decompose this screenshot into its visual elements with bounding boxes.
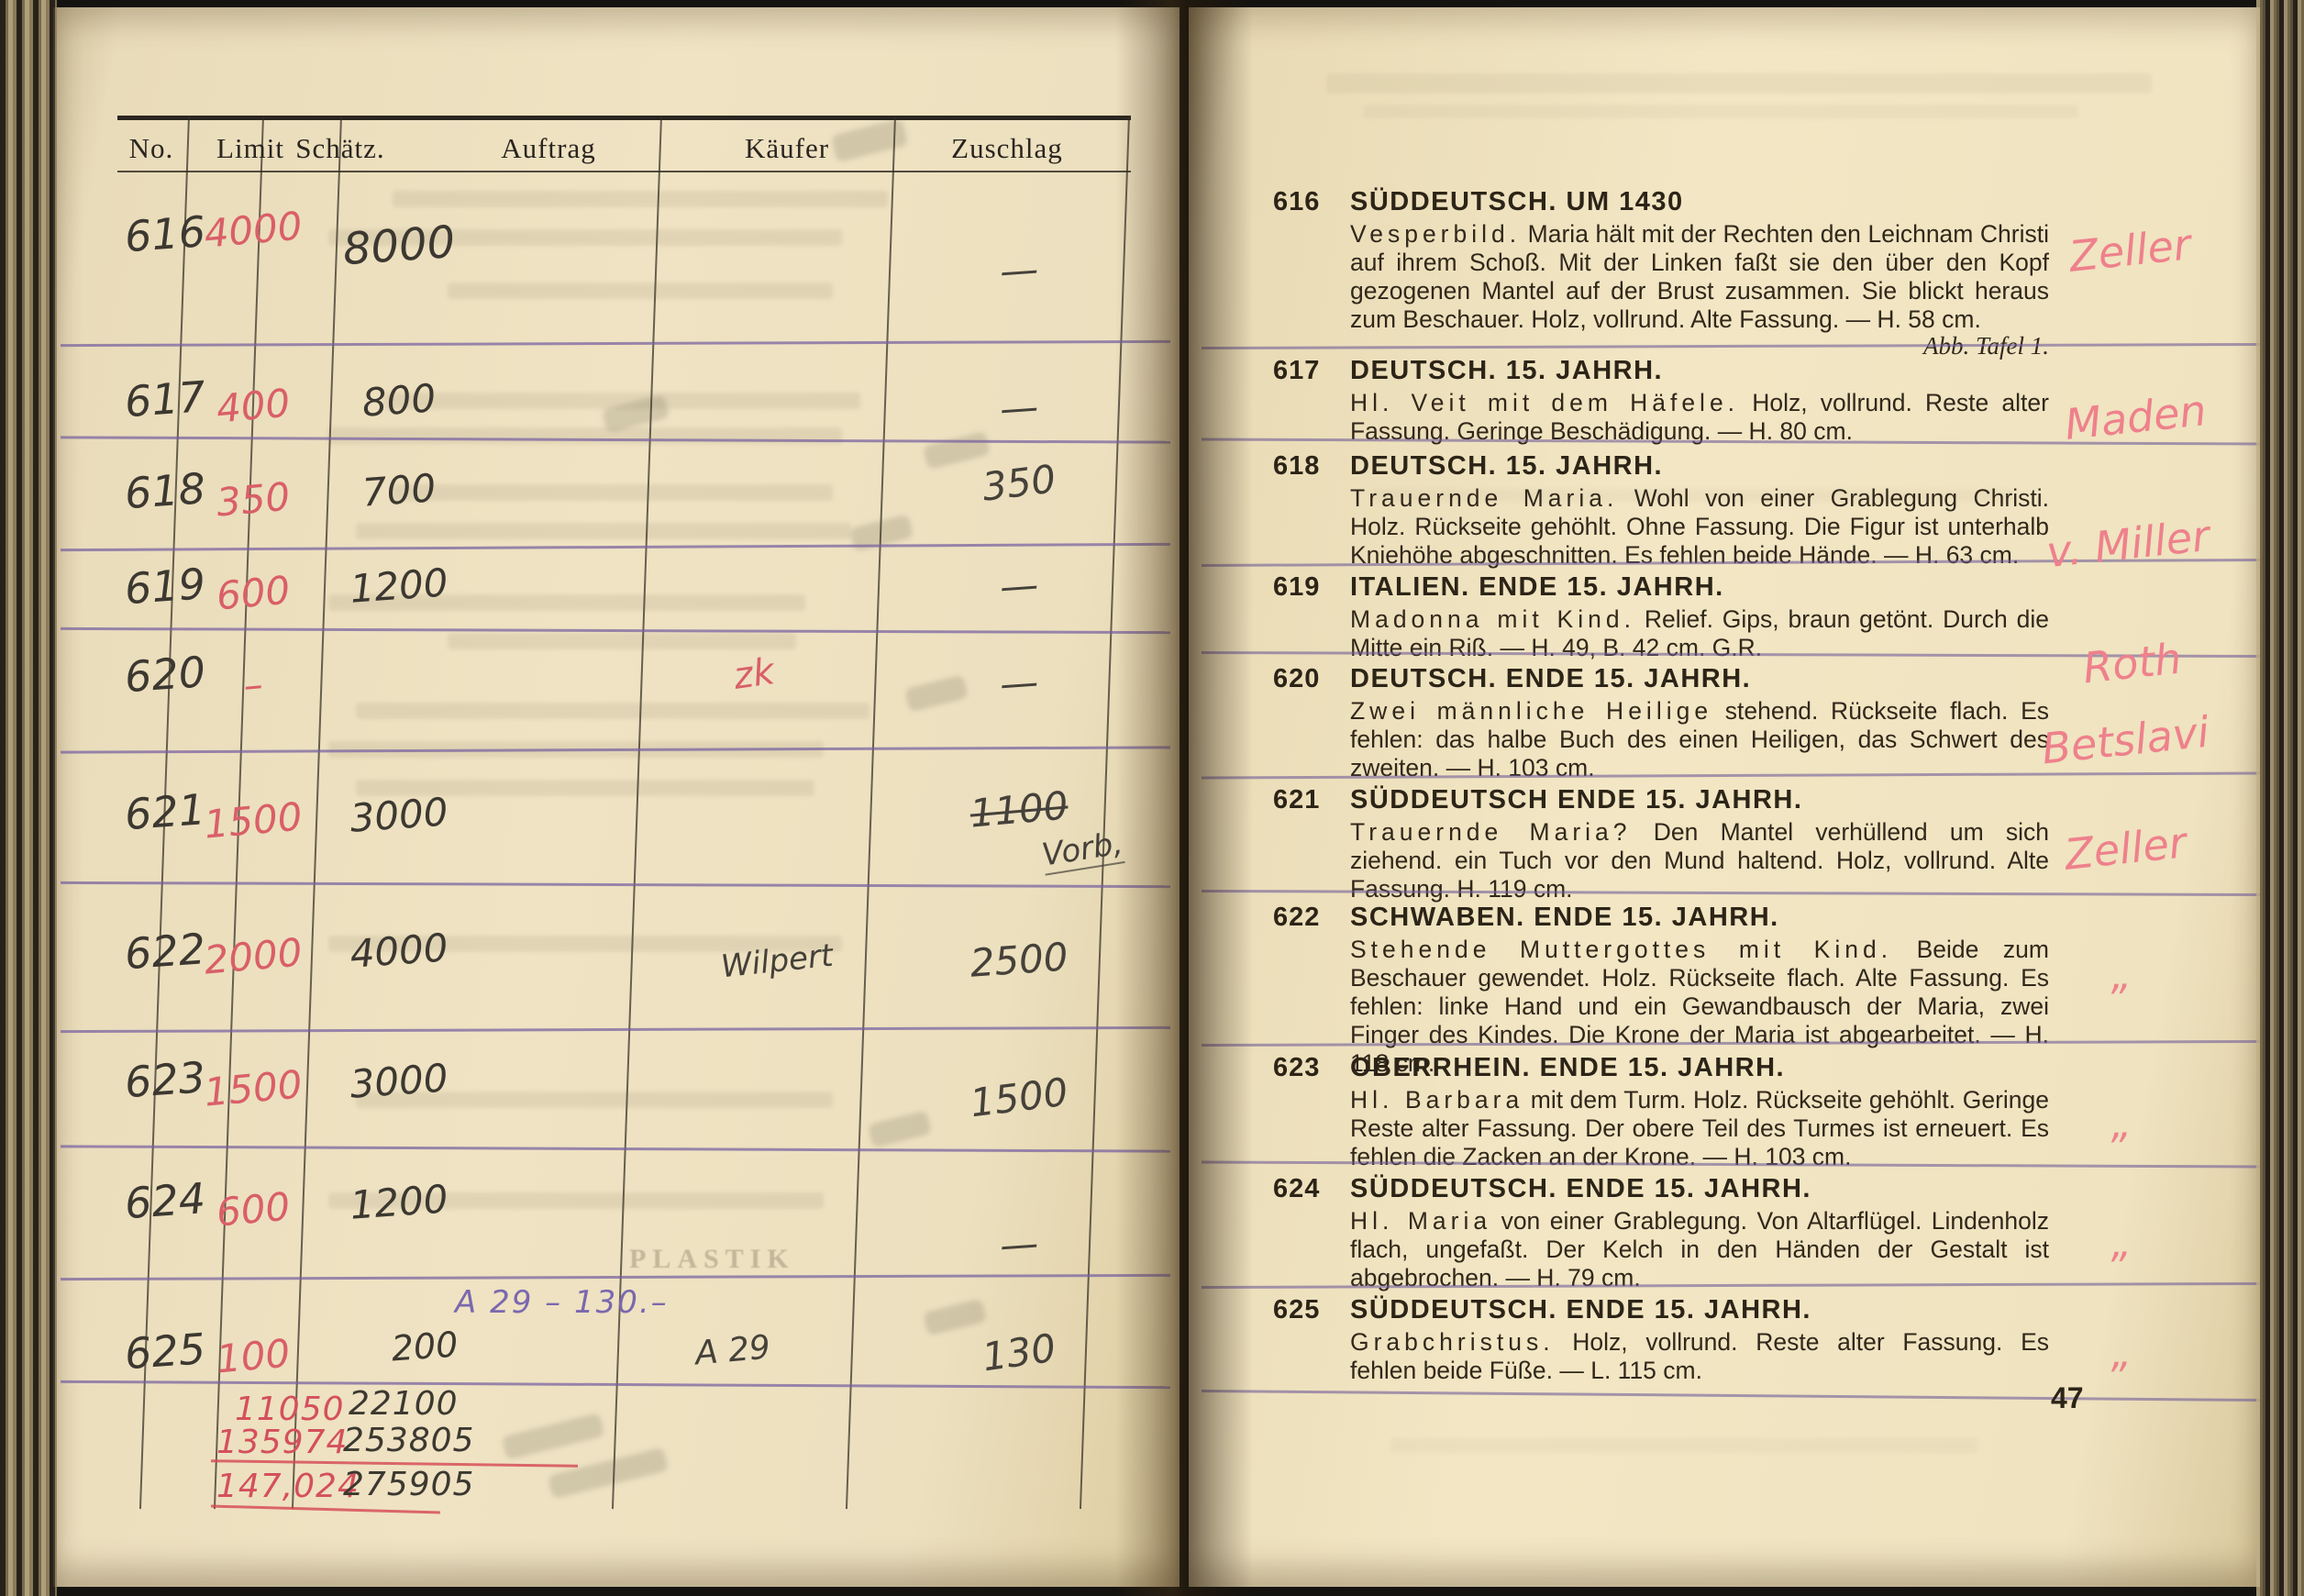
ledger-row-624: 624 600 1200 — [53, 1174, 1180, 1275]
estimate-value: 4000 [319, 923, 478, 979]
buyer-name: Wilpert [719, 937, 835, 986]
entry-number: 621 [1273, 785, 1346, 815]
entry-lead: Zwei männliche Heilige [1350, 697, 1712, 725]
hammer-price: — [922, 557, 1117, 615]
entry-number: 623 [1273, 1053, 1346, 1083]
hammer-price: 130 [921, 1317, 1118, 1389]
totals-underline [211, 1505, 440, 1514]
entry-heading: SCHWABEN. ENDE 15. JAHRH. [1350, 903, 1779, 933]
entry-heading: SÜDDEUTSCH ENDE 15. JAHRH. [1350, 785, 1802, 815]
entry-heading: DEUTSCH. 15. JAHRH. [1350, 451, 1663, 482]
estimate-carryover: 253805 [343, 1422, 474, 1459]
ledger-page: PLASTIK No. Limit Schätz. Auftrag Käufer… [53, 7, 1180, 1587]
buyer-name: A 29 [693, 1329, 771, 1373]
hammer-price: — [922, 379, 1117, 438]
bleed-through [1326, 73, 2152, 94]
entry-number: 617 [1273, 356, 1346, 386]
entry-lead: Madonna mit Kind. [1350, 605, 1635, 633]
margin-buyer-annotation: Zeller [2063, 817, 2189, 880]
entry-heading: ITALIEN. ENDE 15. JAHRH. [1350, 572, 1724, 603]
ledger-row-620: 620 – zk — [53, 648, 1180, 748]
hammer-price: 1500 [921, 1063, 1117, 1131]
entry-lead: Stehende Muttergottes mit Kind. [1350, 936, 1892, 963]
ledger-row-616: 616 4000 8000 — [53, 207, 1180, 308]
estimate-value: 1200 [319, 1174, 478, 1230]
limit-carryover: 135974 [216, 1424, 348, 1461]
margin-ditto-mark: „ [2110, 1101, 2132, 1148]
ledger-row-621: 621 1500 3000 1100 Vorb, [53, 785, 1180, 886]
entry-heading: SÜDDEUTSCH. ENDE 15. JAHRH. [1350, 1174, 1811, 1204]
bleed-through [548, 1447, 669, 1500]
col-header-zuschlag: Zuschlag [906, 132, 1108, 165]
bleed-through [501, 1413, 604, 1460]
entry-description: Trauernde Maria. Wohl von einer Grablegu… [1350, 484, 2049, 570]
col-header-no: No. [110, 132, 193, 165]
table-header-rule [117, 171, 1131, 172]
book-gutter [1115, 0, 1253, 1596]
ledger-row-623: 623 1500 3000 1500 [53, 1053, 1180, 1154]
page-number: 47 [2051, 1381, 2084, 1415]
estimate-value: 1200 [319, 558, 478, 614]
estimate-value: 8000 [319, 215, 478, 277]
entry-separator [1202, 1390, 2260, 1402]
col-header-auftrag: Auftrag [457, 132, 640, 165]
entry-heading: SÜDDEUTSCH. ENDE 15. JAHRH. [1350, 1295, 1811, 1325]
margin-ditto-mark: „ [2110, 952, 2132, 1000]
entry-number: 620 [1273, 664, 1346, 694]
margin-buyer-annotation: Zeller [2067, 219, 2194, 282]
entry-lead: Hl. Maria [1350, 1207, 1491, 1235]
entry-lead: Vesperbild. [1350, 220, 1521, 248]
estimate-value: 200 [346, 1321, 504, 1372]
entry-description: Zwei männliche Heilige stehend. Rückseit… [1350, 697, 2049, 782]
entry-lead: Grabchristus. [1350, 1328, 1555, 1356]
margin-ditto-mark: „ [2110, 1220, 2132, 1268]
margin-buyer-annotation: v. Miller [2044, 511, 2212, 577]
entry-number: 619 [1273, 572, 1346, 603]
ledger-row-618: 618 350 700 350 [53, 464, 1180, 565]
entry-lead: Hl. Veit mit dem Häfele. [1350, 389, 1739, 416]
entry-description: Hl. Maria von einer Grablegung. Von Alta… [1350, 1207, 2049, 1292]
row-separator [61, 1026, 1170, 1033]
hammer-price: 2500 [922, 931, 1117, 990]
estimate-value: 700 [319, 462, 478, 518]
entry-number: 616 [1273, 187, 1346, 217]
entry-heading: DEUTSCH. 15. JAHRH. [1350, 356, 1663, 386]
entry-number: 622 [1273, 903, 1346, 933]
margin-buyer-annotation: Maden [2063, 385, 2209, 449]
hammer-price-note: Vorb, [1039, 825, 1125, 875]
book-scan: PLASTIK No. Limit Schätz. Auftrag Käufer… [0, 0, 2304, 1596]
entry-number: 618 [1273, 451, 1346, 482]
bleed-through [1363, 105, 2078, 118]
hammer-price: — [922, 1215, 1117, 1274]
hammer-price: — [922, 654, 1117, 713]
entry-number: 625 [1273, 1295, 1346, 1325]
order-ink-note: A 29 – 130.– [455, 1284, 669, 1321]
limit-subtotal: 11050 [235, 1391, 345, 1428]
entry-heading: SÜDDEUTSCH. UM 1430 [1350, 187, 1684, 217]
estimate-subtotal: 22100 [349, 1385, 459, 1423]
estimate-value: 3000 [319, 1053, 478, 1109]
ledger-row-617: 617 400 800 — [53, 372, 1180, 473]
bleed-through [393, 191, 888, 207]
entry-description: Grabchristus. Holz, vollrund. Reste alte… [1350, 1328, 2049, 1385]
auftrag-note: zk [731, 650, 777, 698]
estimate-grand-total: 275905 [343, 1466, 474, 1503]
margin-buyer-annotation: Roth [2080, 634, 2183, 693]
entry-description: Hl. Veit mit dem Häfele. Holz, vollrund.… [1350, 389, 2049, 446]
estimate-value: 3000 [319, 787, 478, 843]
ledger-row-622: 622 2000 4000 Wilpert 2500 [53, 925, 1180, 1025]
entry-heading: OBERRHEIN. ENDE 15. JAHRH. [1350, 1053, 1785, 1083]
page-stack-edge [2256, 0, 2304, 1596]
page-stack-edge [0, 0, 57, 1596]
entry-lead: Hl. Barbara [1350, 1086, 1523, 1114]
margin-ditto-mark: „ [2110, 1330, 2132, 1378]
entry-heading: DEUTSCH. ENDE 15. JAHRH. [1350, 664, 1751, 694]
catalog-page: 616 SÜDDEUTSCH. UM 1430 Vesperbild. Mari… [1189, 7, 2260, 1587]
row-separator [61, 340, 1170, 347]
table-top-rule [117, 116, 1131, 120]
col-header-kaeufer: Käufer [695, 132, 879, 165]
hammer-price: — [922, 241, 1117, 300]
bleed-through [1390, 1438, 1977, 1453]
entry-lead: Trauernde Maria. [1350, 484, 1618, 512]
col-header-schaetz: Schätz. [271, 132, 409, 165]
entry-description: Hl. Barbara mit dem Turm. Holz. Rückseit… [1350, 1086, 2049, 1171]
limit-grand-total: 147,024 [216, 1468, 360, 1505]
ledger-row-625: A 29 – 130.– 625 100 200 A 29 130 [53, 1310, 1180, 1411]
margin-buyer-annotation: Betslavi [2040, 707, 2211, 774]
entry-description: Vesperbild. Maria hält mit der Rechten d… [1350, 220, 2049, 334]
entry-lead: Trauernde Maria? [1350, 818, 1632, 846]
entry-number: 624 [1273, 1174, 1346, 1204]
estimate-value: 800 [319, 372, 478, 428]
